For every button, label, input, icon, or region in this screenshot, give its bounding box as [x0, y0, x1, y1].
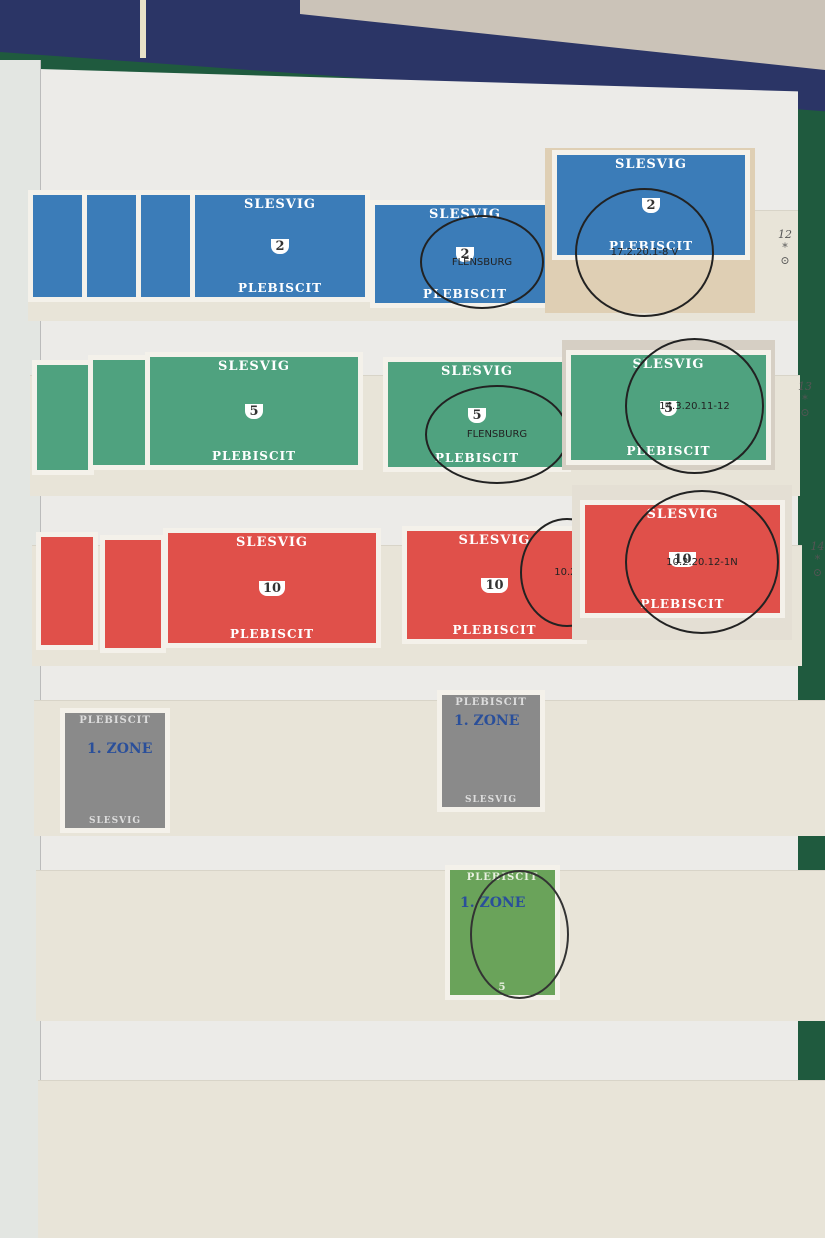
stamp-1ore-zone[interactable]: PLEBISCITSLESVIG 1. ZONE [437, 690, 545, 812]
stamp-value: 10 [259, 581, 285, 596]
postmark: 10.2.20.12-1N [625, 490, 779, 634]
catalog-note: 14*⊙ [810, 540, 825, 579]
postmark: FLENSBURG [420, 215, 544, 309]
stamp-subtitle: PLEBISCIT [212, 449, 296, 465]
postmark [470, 870, 569, 999]
stamp-subtitle: PLEBISCIT [230, 627, 314, 643]
stamp-title: SLESVIG [615, 155, 687, 172]
catalog-note: 12*⊙ [775, 228, 795, 267]
catalog-note: 13*⊙ [795, 380, 815, 419]
stamp-title: PLEBISCIT [455, 695, 527, 708]
stamp-title: SLESVIG [244, 195, 316, 212]
stamp-value: 10 [481, 578, 507, 593]
stamp-value: 2 [271, 239, 288, 254]
stamp-subtitle: PLEBISCIT [238, 281, 322, 297]
stamp-5mark-mint[interactable]: SLESVIG5PLEBISCIT [145, 352, 363, 470]
postmark: 14.3.20.11-12 [625, 338, 764, 474]
stamp-2mark-mint[interactable]: SLESVIG2PLEBISCIT [190, 190, 370, 302]
stamp-2mark-mint[interactable] [82, 190, 142, 302]
stamp-title: SLESVIG [236, 533, 308, 550]
overprint: 1. ZONE [454, 713, 519, 729]
stamp-5mark-mint[interactable] [32, 360, 94, 475]
postmark: FLENSBURG [425, 385, 569, 484]
stamp-title: SLESVIG [218, 357, 290, 374]
overprint: 1. ZONE [87, 741, 152, 757]
stamp-value: 5 [245, 404, 262, 419]
gold-edge [140, 0, 146, 58]
stamp-2mark-mint[interactable] [136, 190, 196, 302]
stock-strip [38, 1080, 825, 1238]
stamp-subtitle: PLEBISCIT [452, 623, 536, 639]
stock-strip [36, 870, 825, 1021]
stamp-title: SLESVIG [458, 531, 530, 548]
stamp-1ore-zone[interactable]: PLEBISCITSLESVIG 1. ZONE [60, 708, 170, 833]
stamp-10mark-mint[interactable] [100, 535, 166, 653]
stamp-title: SLESVIG [441, 362, 513, 379]
stamp-subtitle: SLESVIG [465, 795, 517, 807]
stamp-title: PLEBISCIT [79, 713, 151, 726]
stamp-10mark-mint[interactable]: SLESVIG10PLEBISCIT [163, 528, 381, 648]
stamp-subtitle: SLESVIG [89, 816, 141, 828]
stamp-5mark-mint[interactable] [88, 355, 150, 470]
postmark: 17.2.20.1-8 V [575, 188, 714, 317]
stamp-10mark-mint[interactable] [36, 532, 98, 650]
stamp-2mark-mint[interactable] [28, 190, 88, 302]
